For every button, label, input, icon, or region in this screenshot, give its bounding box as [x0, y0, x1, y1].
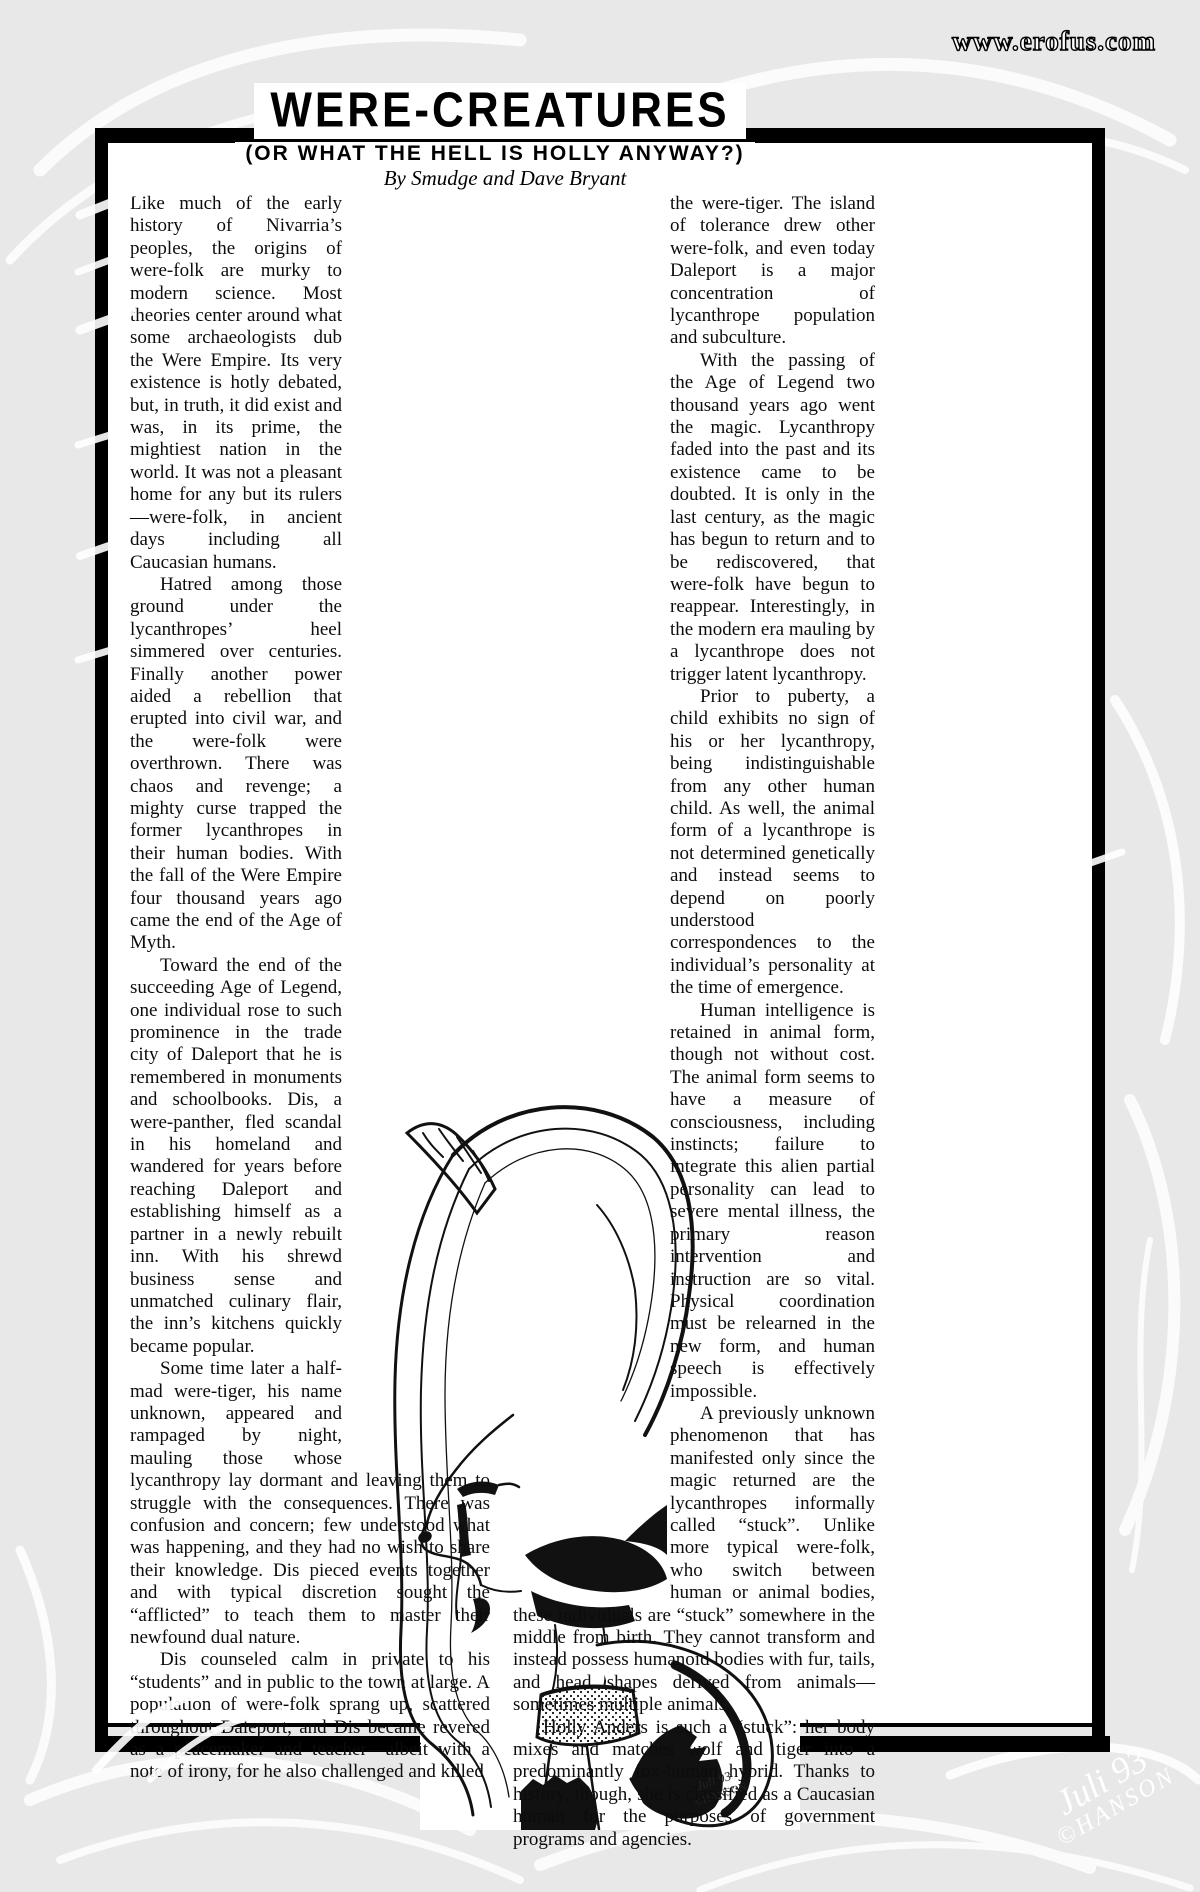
paragraph: With the passing of the Age of Legend tw…	[513, 350, 875, 686]
watermark: www.erofus.com	[952, 26, 1156, 57]
text-wrap-spacer	[342, 1063, 490, 1453]
paragraph: Hatred among those ground under the lyca…	[130, 574, 490, 955]
byline: By Smudge and Dave Bryant	[376, 166, 635, 191]
paragraph: Prior to puberty, a child exhibits no si…	[513, 686, 875, 1000]
paragraph: Holly Anders is such a “stuck”: her body…	[513, 1717, 875, 1851]
article-column-2: the were-tiger. The island of tolerance …	[513, 193, 875, 1851]
article-column-1: Like much of the early history of Nivarr…	[130, 193, 490, 1784]
paragraph: Dis counseled calm in private to his “st…	[130, 1649, 490, 1783]
page-title: WERE-CREATURES	[254, 83, 745, 139]
paragraph: the were-tiger. The island of tolerance …	[513, 193, 875, 350]
frame-border-right	[1092, 128, 1105, 1752]
paragraph: Like much of the early history of Nivarr…	[130, 193, 490, 574]
scanned-page: WERE-CREATURES (OR WHAT THE HELL IS HOLL…	[0, 0, 1200, 1892]
text-wrap-spacer	[513, 1073, 670, 1583]
frame-border-left	[95, 128, 108, 1752]
page-subtitle: (OR WHAT THE HELL IS HOLLY ANYWAY?)	[235, 142, 754, 166]
